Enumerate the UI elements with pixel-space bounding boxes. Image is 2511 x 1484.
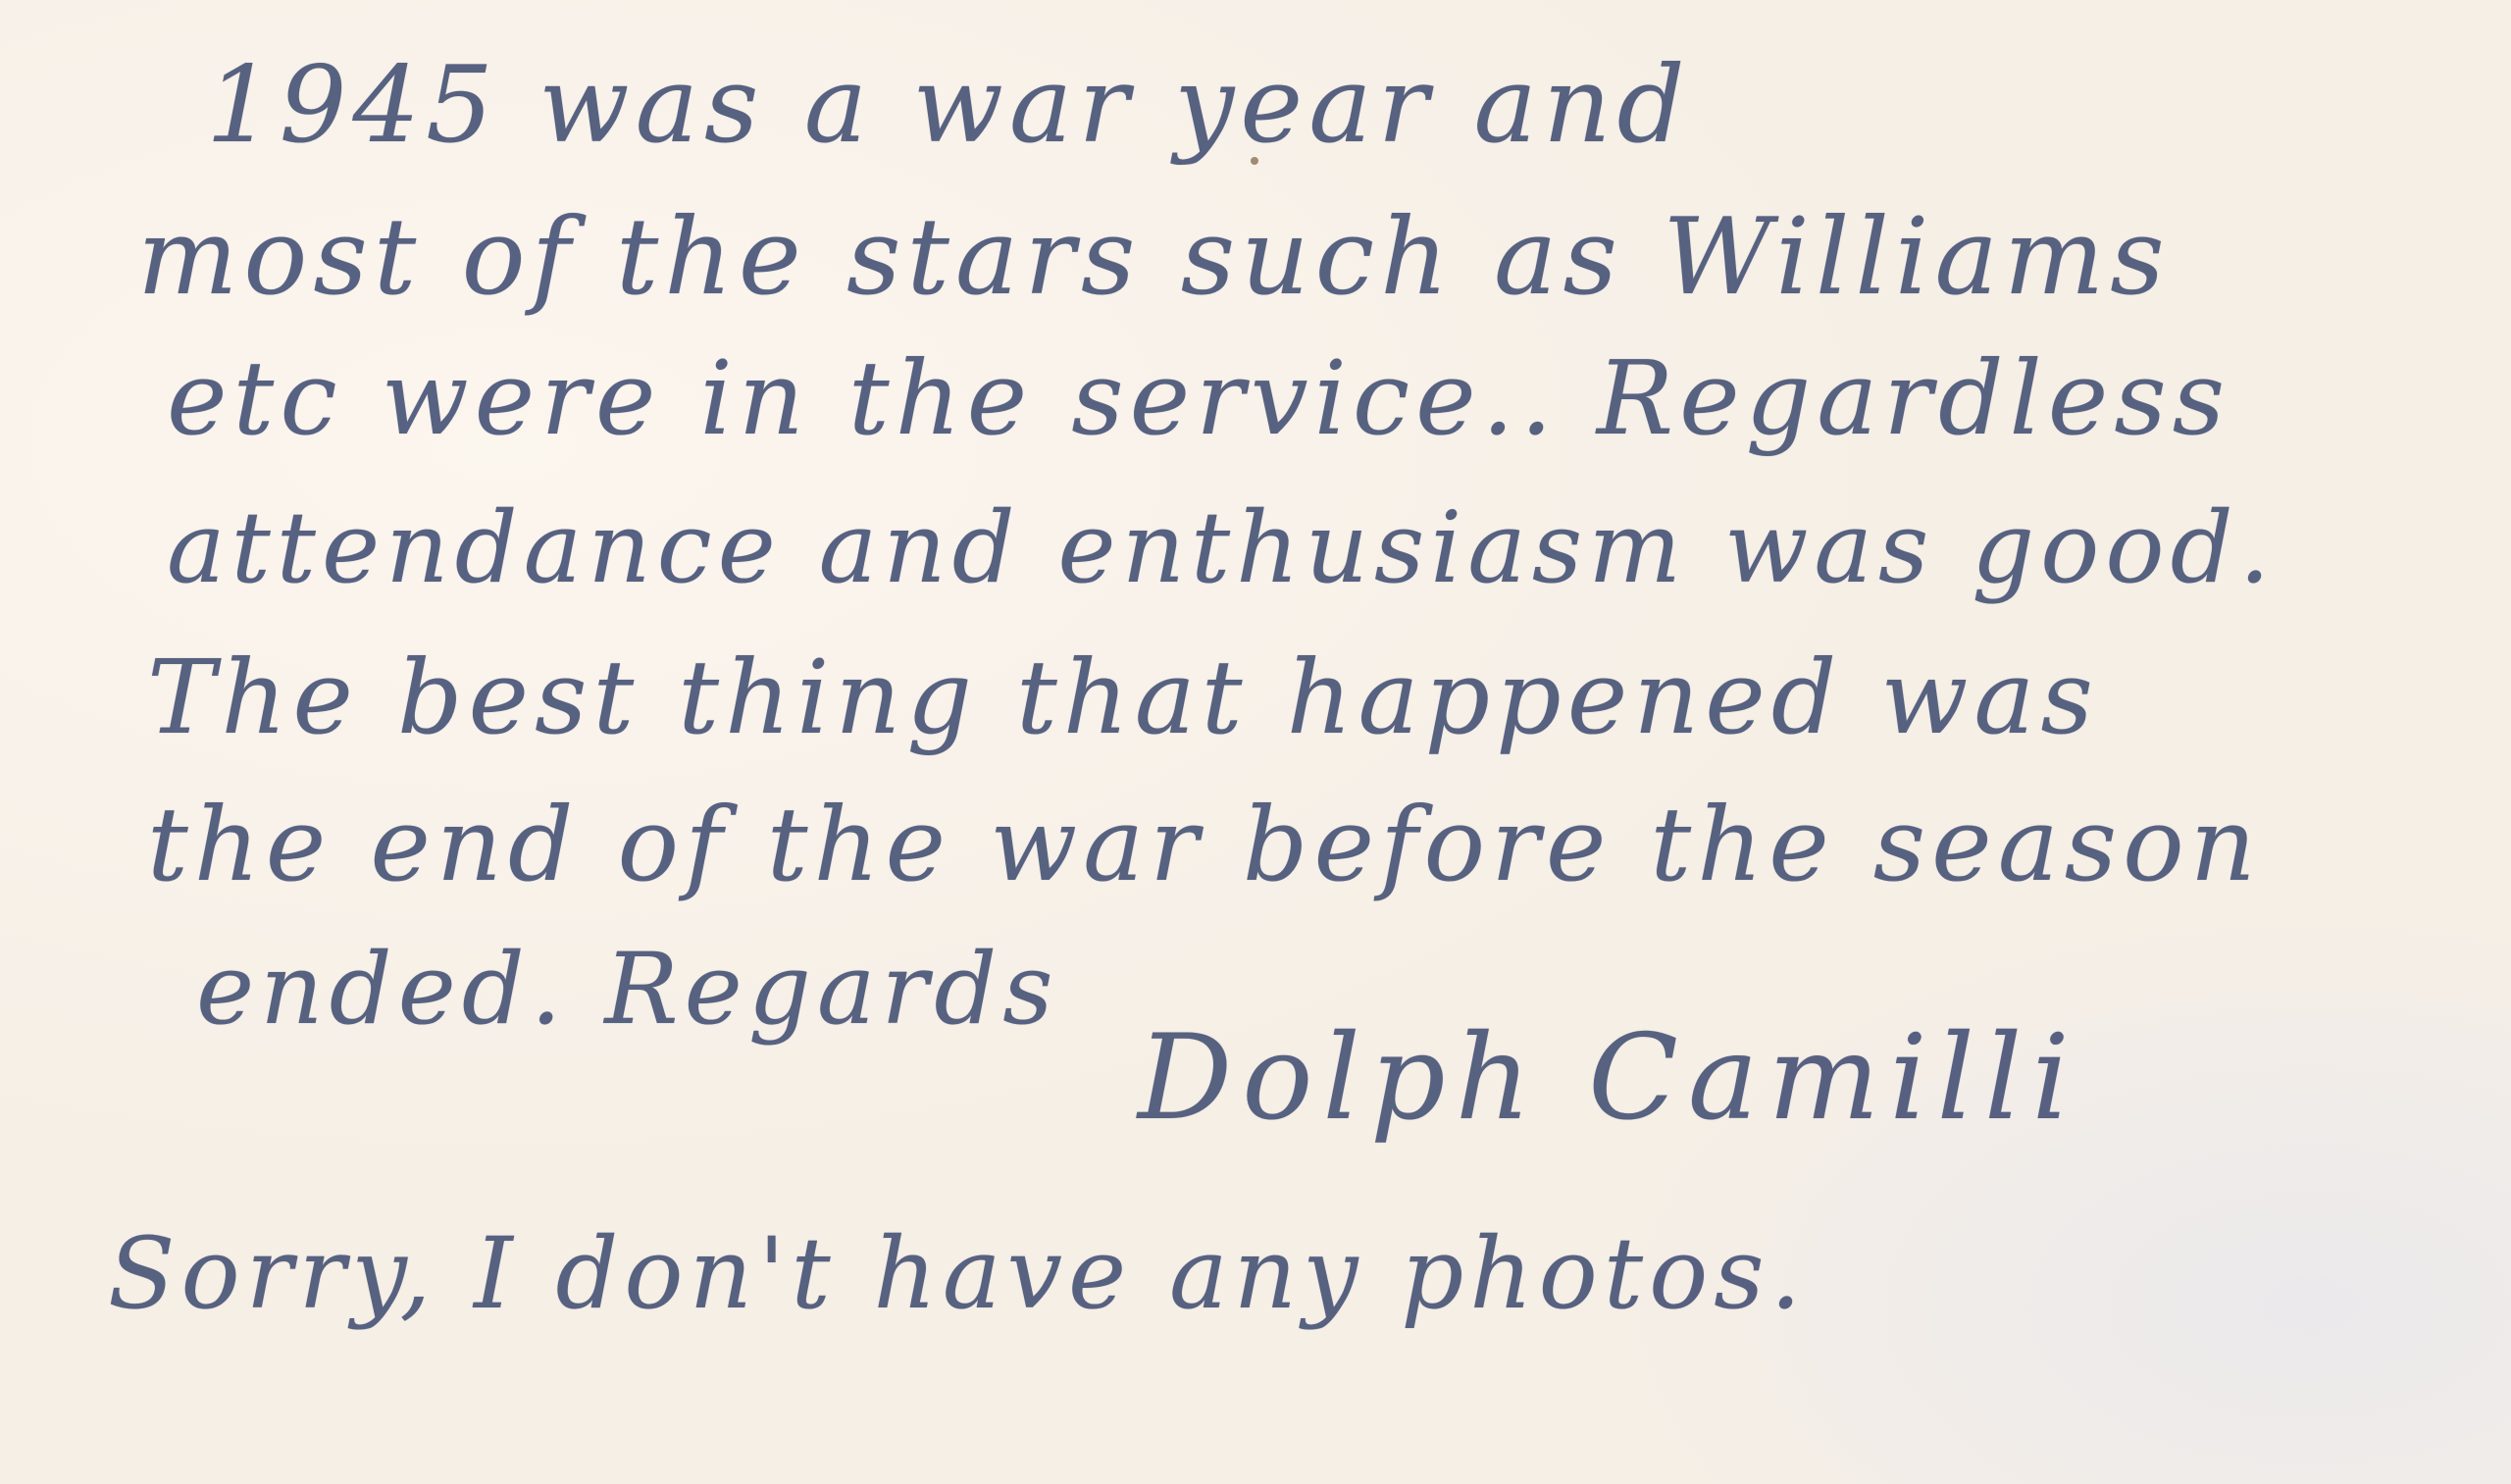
note-line-7-closing: ended. Regards xyxy=(196,932,1059,1047)
note-line-1: 1945 was a war year and xyxy=(206,44,1691,167)
note-line-6: the end of the war before the season xyxy=(147,785,2262,904)
signature: Dolph Camilli xyxy=(1138,1010,2079,1147)
postscript: Sorry, I don't have any photos. xyxy=(108,1216,1807,1331)
note-line-4: attendance and enthusiasm was good. xyxy=(167,490,2276,605)
note-line-3: etc were in the service.. Regardless xyxy=(167,338,2230,458)
paper-card: 1945 was a war year and most of the star… xyxy=(0,0,2511,1484)
note-line-5: The best thing that happened was xyxy=(147,638,2099,757)
note-line-2: most of the stars such as Williams xyxy=(137,196,2171,319)
